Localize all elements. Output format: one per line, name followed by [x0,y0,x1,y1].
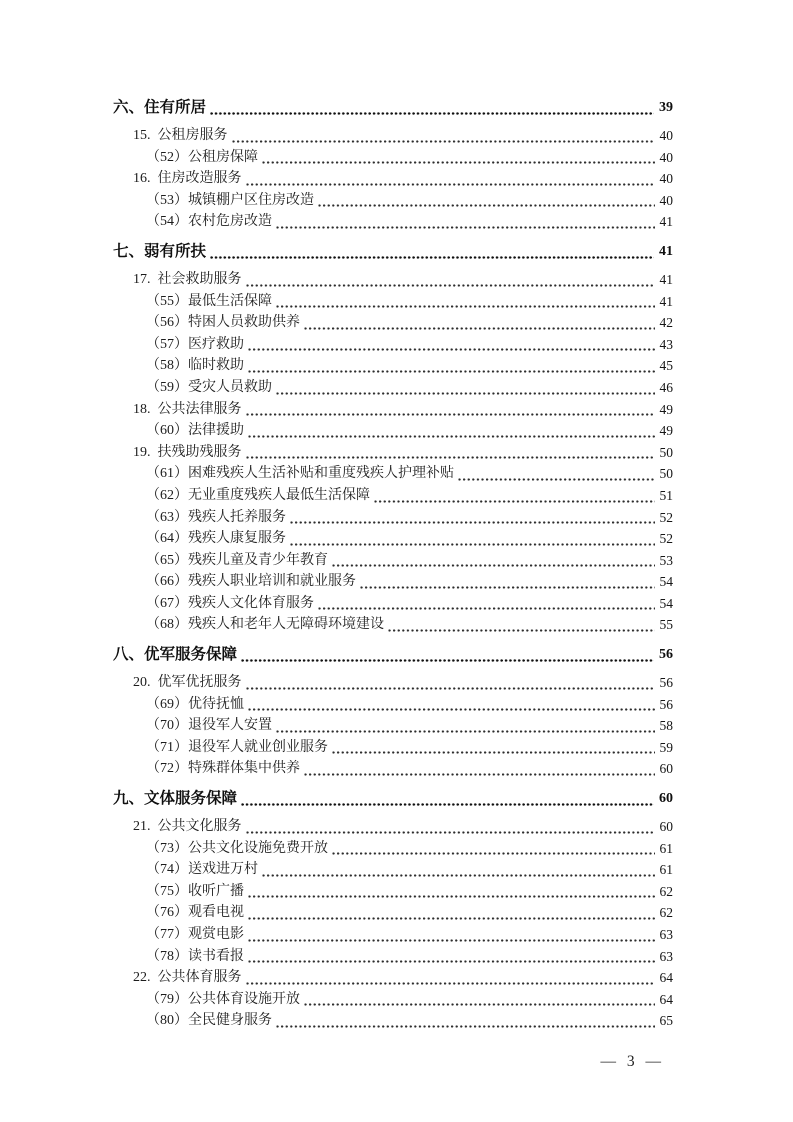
toc-page-number: 40 [658,190,674,212]
dot-leader [246,982,655,985]
toc-section-row: 七、弱有所扶41 [113,241,673,263]
toc-entry-label: （62）无业重度残疾人最低生活保障 [146,485,370,507]
toc-entry-label: （69）优待抚恤 [146,694,244,716]
toc-entry-label: （58）临时救助 [146,355,244,377]
toc-entry-row: （59）受灾人员救助46 [113,377,673,399]
dot-leader [290,543,655,546]
page-number: — 3 — [601,1053,662,1070]
page-footer: — 3 — [557,1035,661,1089]
toc-page-number: 62 [658,902,674,924]
toc-page-number: 62 [658,881,674,903]
toc-entry-label: （72）特殊群体集中供养 [146,758,300,780]
toc-page-number: 54 [658,593,674,615]
document-page: 六、住有所居3915. 公租房服务40（52）公租房保障4016. 住房改造服务… [0,0,793,1122]
toc-entry-row: （60）法律援助49 [113,420,673,442]
toc-entry-label: （59）受灾人员救助 [146,377,272,399]
dot-leader [210,256,654,259]
toc-entry-label: （54）农村危房改造 [146,211,272,233]
dot-leader [332,852,655,855]
toc-entry-label: （78）读书看报 [146,946,244,968]
toc-entry-label: （70）退役军人安置 [146,715,272,737]
toc-entry-row: （54）农村危房改造41 [113,211,673,233]
dot-leader [248,895,655,898]
toc-entry-row: （67）残疾人文化体育服务54 [113,593,673,615]
toc-page-number: 45 [658,355,674,377]
dot-leader [241,659,654,662]
toc-page-number: 58 [658,715,674,737]
toc-entry-row: （63）残疾人托养服务52 [113,507,673,529]
toc-entry-row: （69）优待抚恤56 [113,694,673,716]
toc-page-number: 50 [658,442,674,464]
toc-page-number: 46 [658,377,674,399]
toc-entry-label: 21. 公共文化服务 [133,816,242,838]
dot-leader [276,226,655,229]
dot-leader [290,521,655,524]
toc-page-number: 50 [658,463,674,485]
dot-leader [262,161,655,164]
dot-leader [332,751,655,754]
toc-page-number: 63 [658,946,674,968]
toc-section-row: 九、文体服务保障60 [113,788,673,810]
toc-page-number: 64 [658,967,674,989]
dot-leader [276,392,655,395]
toc-page-number: 54 [658,571,674,593]
toc-entry-row: 17. 社会救助服务41 [113,269,673,291]
dot-leader [276,305,655,308]
dot-leader [304,773,655,776]
toc-section-title: 九、文体服务保障 [113,788,237,810]
dot-leader [458,478,655,481]
toc-entry-label: （80）全民健身服务 [146,1010,272,1032]
toc-entry-label: （55）最低生活保障 [146,291,272,313]
toc-entry-label: （71）退役军人就业创业服务 [146,737,328,759]
toc-page-number: 49 [658,399,674,421]
toc-page-number: 42 [658,312,674,334]
toc-page-number: 65 [658,1010,674,1032]
toc-page-number: 61 [658,838,674,860]
dot-leader [241,803,654,806]
dot-leader [276,1025,655,1028]
toc-entry-row: 21. 公共文化服务60 [113,816,673,838]
toc-page-number: 52 [658,528,674,550]
toc-entry-row: （56）特困人员救助供养42 [113,312,673,334]
dot-leader [360,586,655,589]
toc-entry-label: （76）观看电视 [146,902,244,924]
toc-entry-label: （63）残疾人托养服务 [146,507,286,529]
toc-page-number: 56 [658,672,674,694]
toc-entry-row: （73）公共文化设施免费开放61 [113,838,673,860]
toc-entry-label: （64）残疾人康复服务 [146,528,286,550]
toc-entry-row: （78）读书看报63 [113,946,673,968]
dot-leader [210,112,654,115]
toc-section-title: 七、弱有所扶 [113,241,206,263]
dot-leader [246,831,655,834]
toc-entry-row: （71）退役军人就业创业服务59 [113,737,673,759]
dot-leader [248,708,655,711]
toc-page-number: 39 [657,97,673,119]
toc-page-number: 59 [658,737,674,759]
dot-leader [246,413,655,416]
toc-entry-label: （53）城镇棚户区住房改造 [146,190,314,212]
toc-entry-label: 15. 公租房服务 [133,125,228,147]
toc-entry-label: 20. 优军优抚服务 [133,672,242,694]
toc-entry-label: （66）残疾人职业培训和就业服务 [146,571,356,593]
dot-leader [248,960,655,963]
toc-entry-label: （60）法律援助 [146,420,244,442]
dot-leader [318,204,655,207]
toc-page-number: 60 [658,758,674,780]
dot-leader [246,284,655,287]
toc-section-title: 六、住有所居 [113,97,206,119]
toc-entry-row: （61）困难残疾人生活补贴和重度残疾人护理补贴50 [113,463,673,485]
toc-entry-label: （79）公共体育设施开放 [146,989,300,1011]
toc-page-number: 61 [658,859,674,881]
toc-page-number: 41 [658,269,674,291]
toc-entry-row: 19. 扶残助残服务50 [113,442,673,464]
toc-entry-label: （68）残疾人和老年人无障碍环境建设 [146,614,384,636]
dot-leader [248,348,655,351]
toc-page-number: 52 [658,507,674,529]
toc-entry-label: （67）残疾人文化体育服务 [146,593,314,615]
toc-entry-label: （52）公租房保障 [146,147,258,169]
toc-entry-label: （73）公共文化设施免费开放 [146,838,328,860]
dot-leader [276,730,655,733]
toc-entry-label: （74）送戏进万村 [146,859,258,881]
toc-entry-row: （64）残疾人康复服务52 [113,528,673,550]
toc-page-number: 40 [658,168,674,190]
toc-page-number: 60 [658,816,674,838]
toc-entry-label: 19. 扶残助残服务 [133,442,242,464]
toc-entry-row: （79）公共体育设施开放64 [113,989,673,1011]
toc-entry-row: （55）最低生活保障41 [113,291,673,313]
toc-entry-label: （56）特困人员救助供养 [146,312,300,334]
toc-page-number: 40 [658,125,674,147]
toc-entry-row: （68）残疾人和老年人无障碍环境建设55 [113,614,673,636]
toc-entry-label: （75）收听广播 [146,881,244,903]
table-of-contents: 六、住有所居3915. 公租房服务40（52）公租房保障4016. 住房改造服务… [113,97,673,1032]
dot-leader [248,939,655,942]
toc-section-title: 八、优军服务保障 [113,644,237,666]
toc-entry-row: （77）观赏电影63 [113,924,673,946]
dot-leader [232,140,655,143]
dot-leader [248,435,655,438]
dot-leader [246,183,655,186]
toc-page-number: 56 [657,644,673,666]
toc-page-number: 51 [658,485,674,507]
dot-leader [262,874,655,877]
dot-leader [304,327,655,330]
dot-leader [304,1003,655,1006]
toc-page-number: 41 [658,211,674,233]
toc-entry-label: （77）观赏电影 [146,924,244,946]
toc-entry-row: （76）观看电视62 [113,902,673,924]
toc-section-row: 八、优军服务保障56 [113,644,673,666]
toc-entry-row: （58）临时救助45 [113,355,673,377]
toc-page-number: 40 [658,147,674,169]
dot-leader [388,629,655,632]
dot-leader [246,687,655,690]
toc-entry-row: （52）公租房保障40 [113,147,673,169]
toc-entry-row: （57）医疗救助43 [113,334,673,356]
toc-entry-label: （61）困难残疾人生活补贴和重度残疾人护理补贴 [146,463,454,485]
toc-page-number: 63 [658,924,674,946]
toc-page-number: 64 [658,989,674,1011]
toc-entry-row: （80）全民健身服务65 [113,1010,673,1032]
toc-entry-label: 17. 社会救助服务 [133,269,242,291]
dot-leader [248,917,655,920]
toc-entry-label: （65）残疾儿童及青少年教育 [146,550,328,572]
dot-leader [374,500,655,503]
toc-entry-label: 22. 公共体育服务 [133,967,242,989]
toc-section-row: 六、住有所居39 [113,97,673,119]
toc-entry-row: （62）无业重度残疾人最低生活保障51 [113,485,673,507]
toc-entry-row: （66）残疾人职业培训和就业服务54 [113,571,673,593]
toc-entry-label: 16. 住房改造服务 [133,168,242,190]
toc-entry-label: 18. 公共法律服务 [133,399,242,421]
toc-entry-row: 16. 住房改造服务40 [113,168,673,190]
toc-entry-row: 20. 优军优抚服务56 [113,672,673,694]
toc-page-number: 41 [658,291,674,313]
dot-leader [248,370,655,373]
toc-page-number: 43 [658,334,674,356]
toc-page-number: 55 [658,614,674,636]
toc-entry-row: 18. 公共法律服务49 [113,399,673,421]
toc-page-number: 53 [658,550,674,572]
dot-leader [318,607,655,610]
toc-page-number: 56 [658,694,674,716]
toc-entry-label: （57）医疗救助 [146,334,244,356]
toc-page-number: 60 [657,788,673,810]
toc-entry-row: （65）残疾儿童及青少年教育53 [113,550,673,572]
toc-entry-row: （74）送戏进万村61 [113,859,673,881]
toc-entry-row: （75）收听广播62 [113,881,673,903]
dot-leader [332,564,655,567]
dot-leader [246,456,655,459]
toc-page-number: 41 [657,241,673,263]
toc-entry-row: （53）城镇棚户区住房改造40 [113,190,673,212]
toc-entry-row: （70）退役军人安置58 [113,715,673,737]
toc-entry-row: 22. 公共体育服务64 [113,967,673,989]
toc-page-number: 49 [658,420,674,442]
toc-entry-row: （72）特殊群体集中供养60 [113,758,673,780]
toc-entry-row: 15. 公租房服务40 [113,125,673,147]
